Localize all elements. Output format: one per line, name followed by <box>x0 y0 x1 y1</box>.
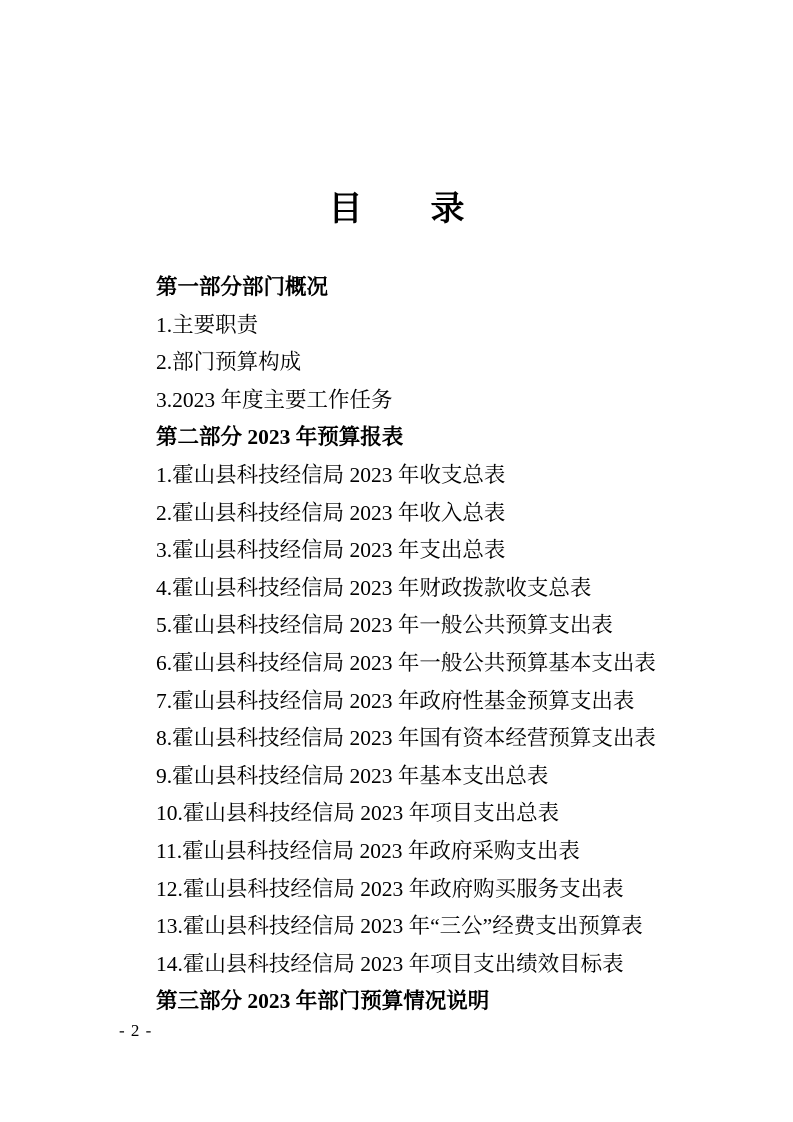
toc-item: 7.霍山县科技经信局 2023 年政府性基金预算支出表 <box>156 683 733 721</box>
toc-section-heading: 第三部分 2023 年部门预算情况说明 <box>156 983 733 1021</box>
toc-item: 10.霍山县科技经信局 2023 年项目支出总表 <box>156 795 733 833</box>
toc-section-heading: 第一部分部门概况 <box>156 269 733 307</box>
toc-item: 5.霍山县科技经信局 2023 年一般公共预算支出表 <box>156 607 733 645</box>
toc-item: 2.霍山县科技经信局 2023 年收入总表 <box>156 495 733 533</box>
toc-item: 13.霍山县科技经信局 2023 年“三公”经费支出预算表 <box>156 908 733 946</box>
toc-item: 11.霍山县科技经信局 2023 年政府采购支出表 <box>156 833 733 871</box>
toc-item: 14.霍山县科技经信局 2023 年项目支出绩效目标表 <box>156 946 733 984</box>
toc-item: 6.霍山县科技经信局 2023 年一般公共预算基本支出表 <box>156 645 733 683</box>
toc-item: 1.霍山县科技经信局 2023 年收支总表 <box>156 457 733 495</box>
toc-item: 2.部门预算构成 <box>156 344 733 382</box>
toc-item: 1.主要职责 <box>156 307 733 345</box>
toc-item: 8.霍山县科技经信局 2023 年国有资本经营预算支出表 <box>156 720 733 758</box>
toc-item: 3.霍山县科技经信局 2023 年支出总表 <box>156 532 733 570</box>
page-number: - 2 - <box>119 1020 152 1042</box>
toc-item: 9.霍山县科技经信局 2023 年基本支出总表 <box>156 758 733 796</box>
toc-item: 12.霍山县科技经信局 2023 年政府购买服务支出表 <box>156 871 733 909</box>
page-title: 目 录 <box>0 188 793 232</box>
toc-item: 3.2023 年度主要工作任务 <box>156 382 733 420</box>
document-page: 目 录 第一部分部门概况1.主要职责2.部门预算构成3.2023 年度主要工作任… <box>0 0 793 1122</box>
toc-list: 第一部分部门概况1.主要职责2.部门预算构成3.2023 年度主要工作任务第二部… <box>156 269 733 1021</box>
toc-section-heading: 第二部分 2023 年预算报表 <box>156 419 733 457</box>
toc-item: 4.霍山县科技经信局 2023 年财政拨款收支总表 <box>156 570 733 608</box>
